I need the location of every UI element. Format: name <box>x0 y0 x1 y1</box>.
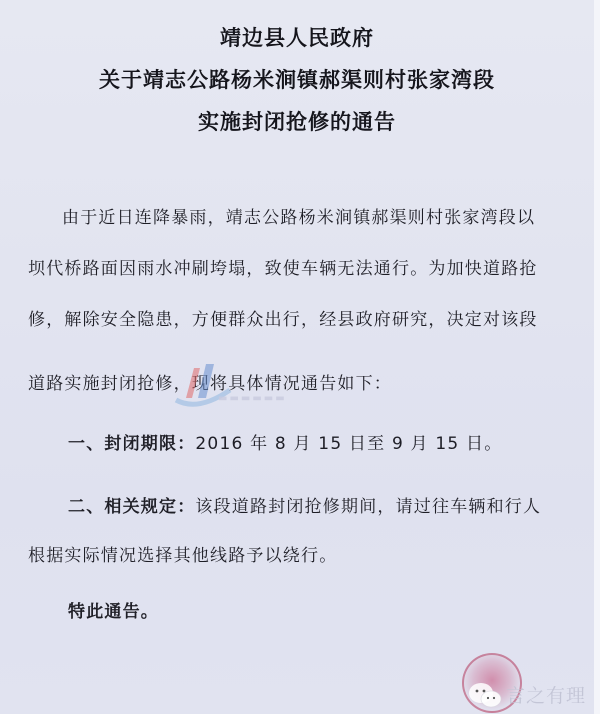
notice-title-issuer: 靖边县人民政府 <box>0 22 594 52</box>
body-line-3: 修，解除安全隐患，方便群众出行，经县政府研究，决定对该段 <box>28 305 538 330</box>
notice-page: 靖边县人民政府 关于靖志公路杨米涧镇郝渠则村张家湾段 实施封闭抢修的通告 由于近… <box>0 0 594 714</box>
body-line-2: 坝代桥路面因雨水冲刷垮塌，致使车辆无法通行。为加快道路抢 <box>28 254 538 279</box>
account-watermark: 言之有理 <box>506 681 586 708</box>
item-1-label: 一、封闭期限： <box>68 434 195 454</box>
closing-line: 特此通告。 <box>68 597 159 622</box>
wechat-icon <box>466 680 506 710</box>
item-1-text: 2016 年 8 月 15 日至 9 月 15 日。 <box>195 434 502 454</box>
item-2-text: 该段道路封闭抢修期间，请过往车辆和行人 <box>195 497 541 517</box>
item-2: 二、相关规定：该段道路封闭抢修期间，请过往车辆和行人 <box>68 492 541 517</box>
notice-title-type: 实施封闭抢修的通告 <box>0 106 594 136</box>
item-2-label: 二、相关规定： <box>68 497 195 517</box>
item-1: 一、封闭期限：2016 年 8 月 15 日至 9 月 15 日。 <box>68 429 502 454</box>
notice-title-subject: 关于靖志公路杨米涧镇郝渠则村张家湾段 <box>0 64 594 94</box>
item-2-continuation: 根据实际情况选择其他线路予以绕行。 <box>28 541 337 566</box>
body-line-1: 由于近日连降暴雨，靖志公路杨米涧镇郝渠则村张家湾段以 <box>62 203 535 228</box>
watermark-caption: ▬▬▬▬▬▬ <box>218 393 287 404</box>
